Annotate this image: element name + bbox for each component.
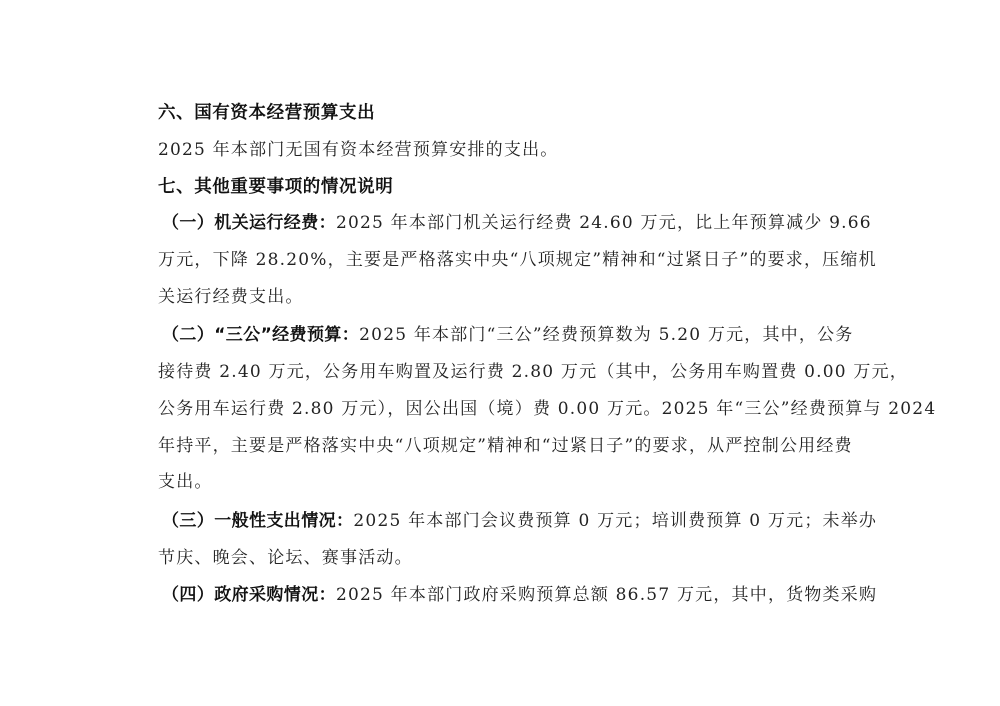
item-3-first-line: （三）一般性支出情况：2025 年本部门会议费预算 0 万元；培训费预算 0 万… <box>162 506 882 536</box>
item-1-line-3: 关运行经费支出。 <box>158 282 878 312</box>
item-4-label: （四）政府采购情况： <box>162 585 336 605</box>
item-1-label: （一）机关运行经费： <box>162 213 336 233</box>
item-1-first-line: （一）机关运行经费：2025 年本部门机关运行经费 24.60 万元，比上年预算… <box>162 208 882 238</box>
item-2-first-line: （二）“三公”经费预算：2025 年本部门“三公”经费预算数为 5.20 万元，… <box>162 320 882 350</box>
item-2-text: 2025 年本部门“三公”经费预算数为 5.20 万元，其中，公务 <box>359 325 853 345</box>
item-1-line-2: 万元，下降 28.20%，主要是严格落实中央“八项规定”精神和“过紧日子”的要求… <box>158 245 878 275</box>
item-3-line-2: 节庆、晚会、论坛、赛事活动。 <box>158 543 878 573</box>
section-6-body: 2025 年本部门无国有资本经营预算安排的支出。 <box>158 135 878 165</box>
item-1-text: 2025 年本部门机关运行经费 24.60 万元，比上年预算减少 9.66 <box>336 213 872 233</box>
section-6-heading: 六、国有资本经营预算支出 <box>158 98 878 128</box>
item-2-line-5: 支出。 <box>158 467 878 497</box>
item-2-label: （二）“三公”经费预算： <box>162 325 359 345</box>
item-3-text: 2025 年本部门会议费预算 0 万元；培训费预算 0 万元；未举办 <box>353 511 877 531</box>
item-2-line-4: 年持平，主要是严格落实中央“八项规定”精神和“过紧日子”的要求，从严控制公用经费 <box>158 431 878 461</box>
document-page: 六、国有资本经营预算支出 2025 年本部门无国有资本经营预算安排的支出。 七、… <box>0 0 1000 706</box>
item-3-label: （三）一般性支出情况： <box>162 511 353 531</box>
item-4-first-line: （四）政府采购情况：2025 年本部门政府采购预算总额 86.57 万元，其中，… <box>162 580 882 610</box>
section-7-heading: 七、其他重要事项的情况说明 <box>158 172 878 202</box>
item-2-line-3: 公务用车运行费 2.80 万元），因公出国（境）费 0.00 万元。2025 年… <box>158 394 878 424</box>
item-2-line-2: 接待费 2.40 万元，公务用车购置及运行费 2.80 万元（其中，公务用车购置… <box>158 357 878 387</box>
item-4-text: 2025 年本部门政府采购预算总额 86.57 万元，其中，货物类采购 <box>336 585 877 605</box>
